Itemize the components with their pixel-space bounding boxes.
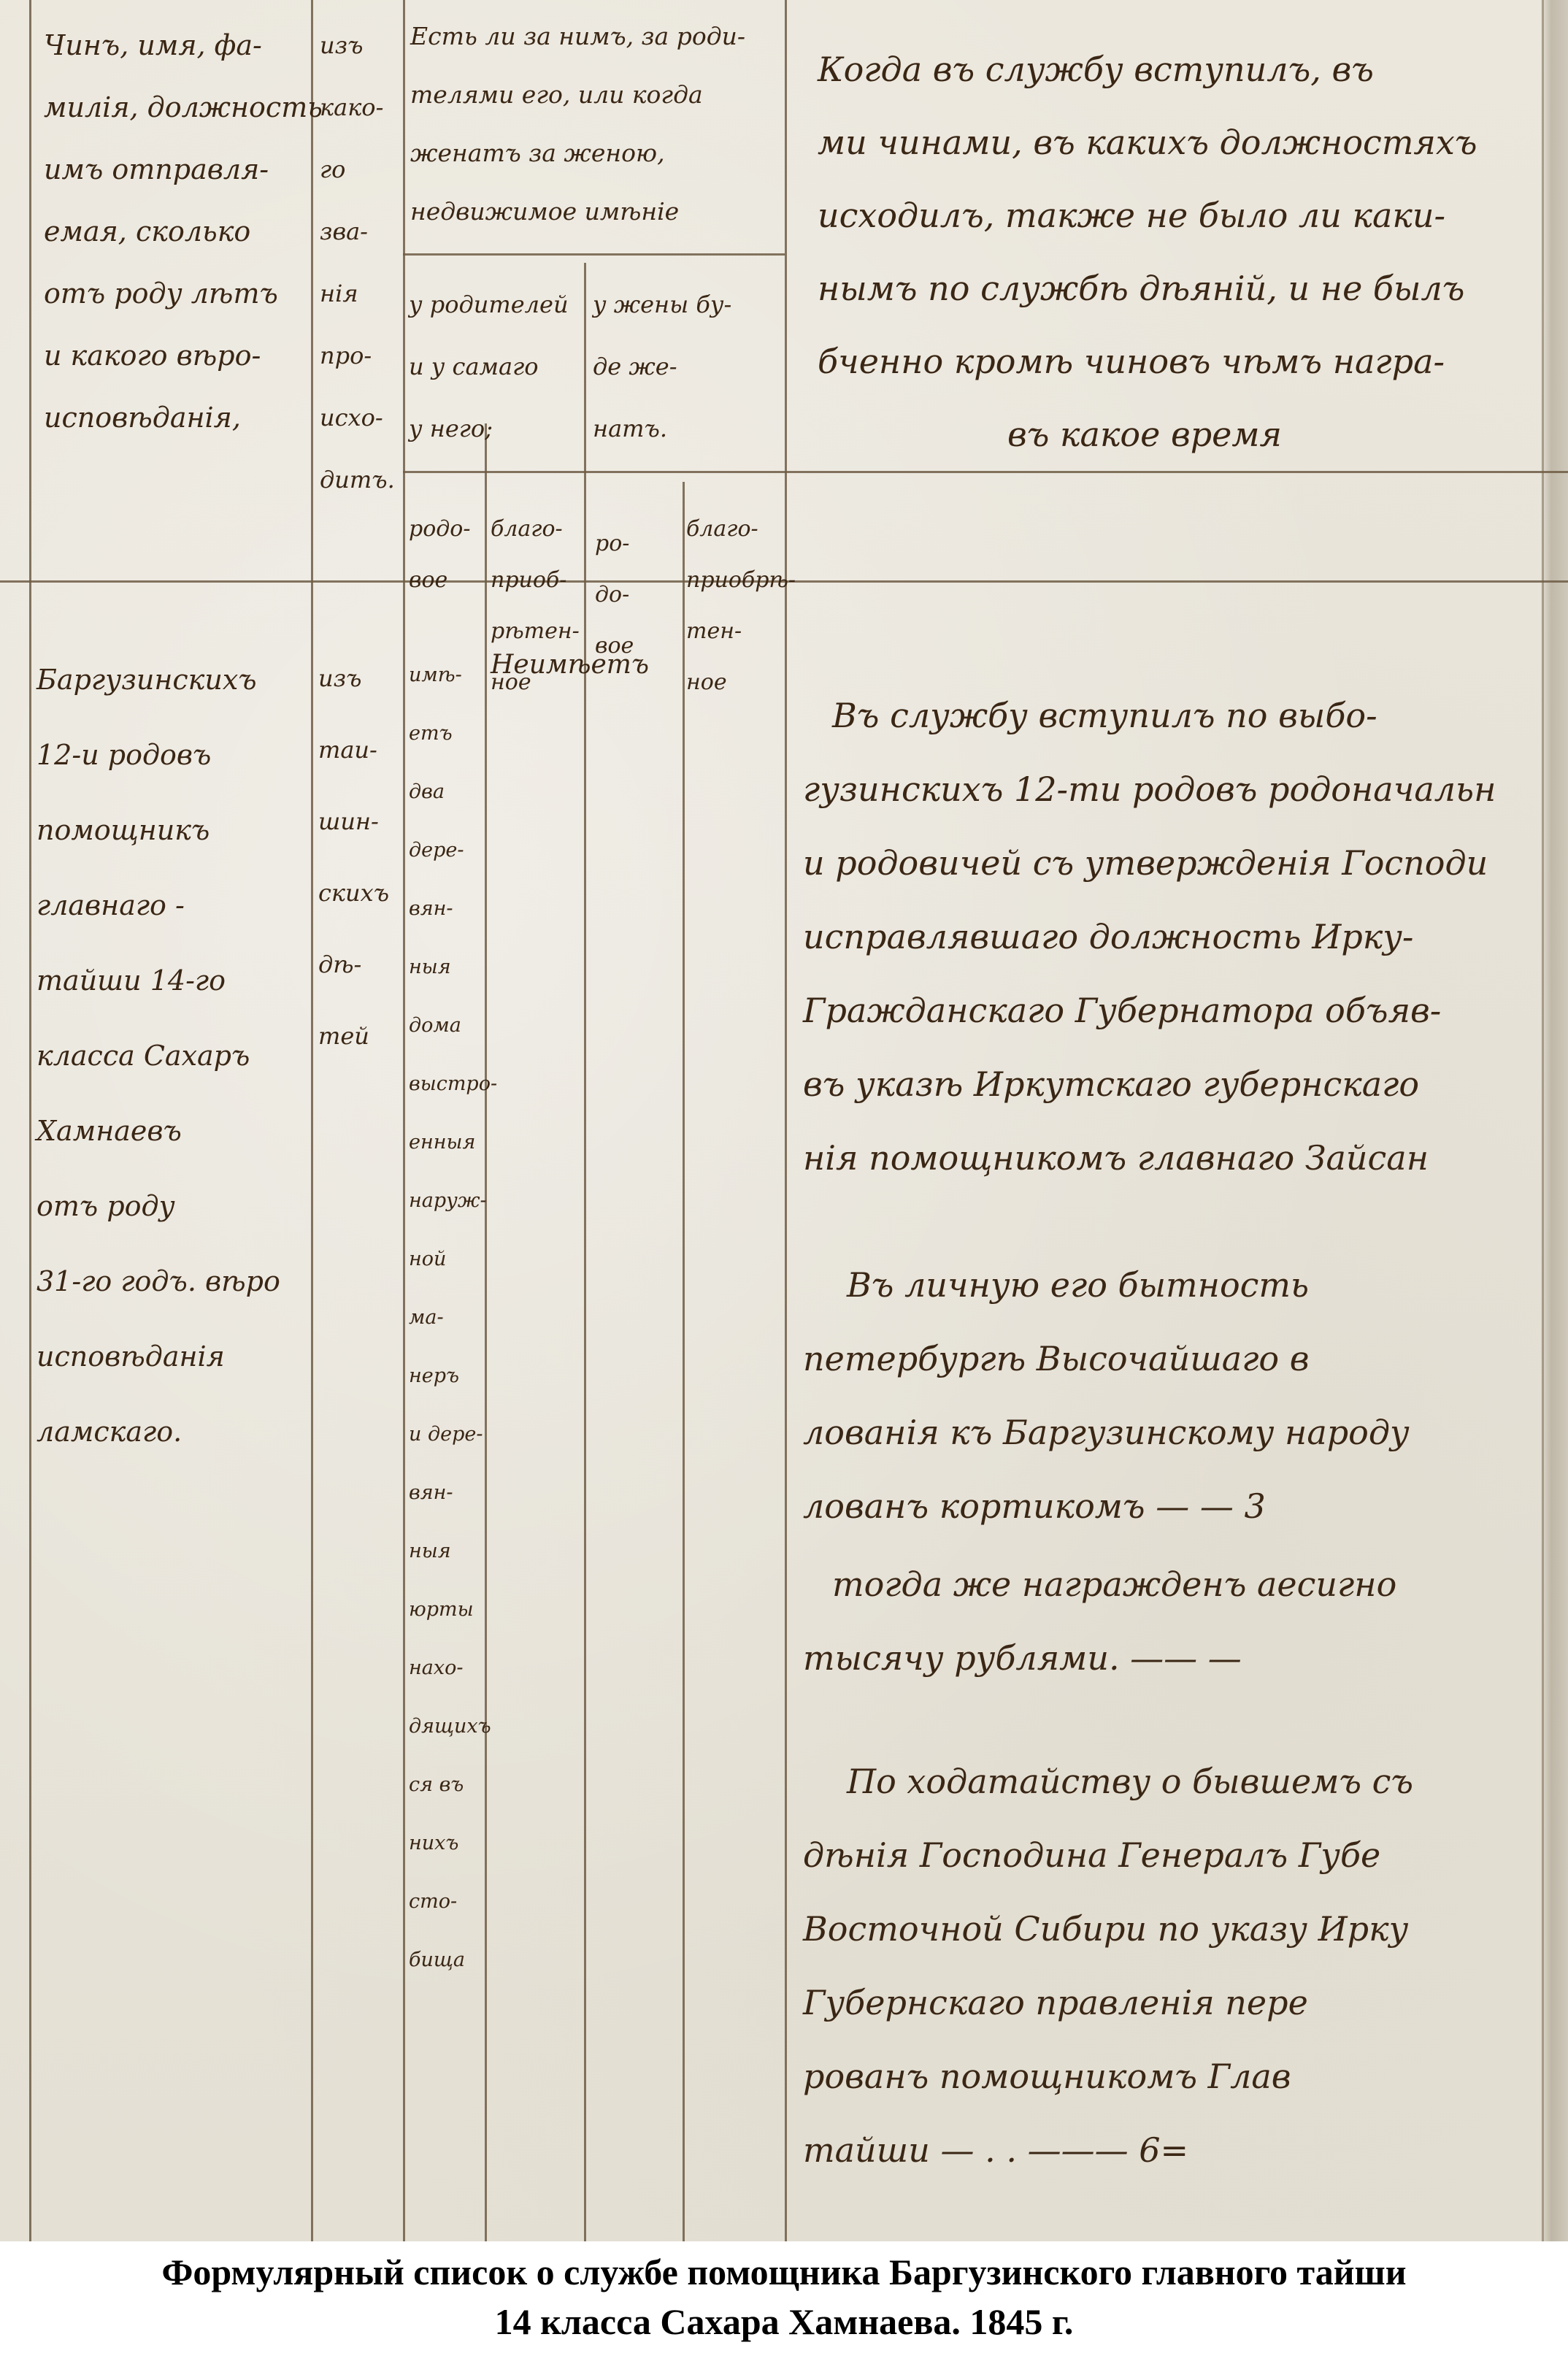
header-text-line: у родителей (409, 274, 569, 336)
entry-text-line: изъ (318, 642, 389, 714)
entry-text-line: ныя (409, 1522, 497, 1581)
header-text-line: Когда въ службу вступилъ, въ (818, 33, 1477, 106)
entry-text-line: дящихъ (409, 1697, 497, 1756)
entry-text-line: гузинскихъ 12-ти родовъ родоначальн (803, 753, 1496, 826)
entry-text-line: имѣ- (409, 646, 497, 705)
header-text-line: Чинъ, имя, фа- (44, 15, 323, 77)
entry-text-line: класса Сахаръ (36, 1018, 280, 1094)
entry-text-line: етъ (409, 705, 497, 763)
header-text-line: го (320, 139, 395, 201)
entry-text-line: Неимѣетъ (491, 650, 649, 680)
page-edge-shadow (1540, 0, 1568, 2241)
entry-text-line: 12-и родовъ (36, 718, 280, 793)
header-text-line: бченно кромѣ чиновъ чѣмъ награ- (818, 325, 1477, 398)
header-text-line: приоб- (491, 555, 580, 606)
entry-service-paragraph-2: Въ личную его бытность петербургѣ Высоча… (803, 1248, 1410, 1543)
header-text-line: ное (686, 657, 796, 708)
entry-text-line: дѣнія Господина Генералъ Губе (803, 1819, 1413, 1892)
header-text-line: благо- (491, 504, 580, 555)
entry-service-paragraph-4: По ходатайству о бывшемъ съ дѣнія Господ… (803, 1745, 1413, 2187)
header-text-line: телями его, или когда (410, 66, 745, 124)
header-text-line: вое (409, 555, 470, 606)
entry-text-line: ныя (409, 938, 497, 997)
header-text-line: и какого вѣро- (44, 325, 323, 387)
header-text-line: недвижимое имѣніе (410, 183, 745, 241)
entry-text-line: тайши 14-го (36, 943, 280, 1018)
header-text-line: исхо- (320, 387, 395, 449)
entry-text-line: Хамнаевъ (36, 1094, 280, 1169)
entry-text-line: По ходатайству о бывшемъ съ (803, 1745, 1413, 1819)
document-scan: Чинъ, имя, фа- милія, должность имъ отпр… (0, 0, 1568, 2241)
header-kind-acquired-wife: благо- приобрѣ- тен- ное (686, 504, 796, 708)
header-text-line: исповѣданія, (44, 387, 323, 449)
entry-text-line: главнаго - (36, 868, 280, 943)
header-text-line: у него; (409, 398, 569, 460)
header-estate-title: Есть ли за нимъ, за роди- телями его, ил… (410, 7, 745, 241)
header-text-line: тен- (686, 606, 796, 657)
header-text-line: милія, должность (44, 77, 323, 139)
header-text-line: женатъ за женою, (410, 124, 745, 183)
caption-line-2: 14 класса Сахара Хамнаева. 1845 г. (0, 2297, 1568, 2346)
entry-text-line: шин- (318, 786, 389, 857)
column-rule (1542, 0, 1544, 2241)
entry-text-line: два (409, 763, 497, 821)
entry-text-line: 31-го годъ. вѣро (36, 1244, 280, 1319)
header-text-line: нія (320, 263, 395, 325)
header-text-line: де жe- (593, 336, 731, 398)
header-text-line: натъ. (593, 398, 731, 460)
entry-text-line: ма- (409, 1289, 497, 1347)
entry-estate-value: Неимѣетъ (491, 650, 649, 680)
entry-text-line: помощникъ (36, 793, 280, 868)
header-text-line: нымъ по службѣ дѣяній, и не былъ (818, 252, 1477, 325)
entry-text-line: ной (409, 1230, 497, 1289)
header-text-line: како- (320, 77, 395, 139)
entry-text-line: вян- (409, 1464, 497, 1522)
entry-text-line: тысячу рублями. —— — (803, 1622, 1396, 1695)
entry-text-line: сто- (409, 1873, 497, 1931)
header-origin-column: изъ како- го зва- нія про- исхо- дитъ. (320, 15, 395, 511)
entry-service-paragraph-3: тогда же награжденъ аесигно тысячу рубля… (803, 1548, 1396, 1695)
column-rule (584, 263, 586, 2241)
header-text-line: родо- (409, 504, 470, 555)
header-text-line: ро- (595, 518, 634, 569)
header-service-column: Когда въ службу вступилъ, въ ми чинами, … (818, 33, 1477, 471)
caption-line-1: Формулярный список о службе помощника Ба… (0, 2247, 1568, 2297)
entry-text-line: скихъ (318, 857, 389, 929)
entry-text-line: Гражданскаго Губернатора объяв- (803, 974, 1496, 1048)
header-text-line: отъ роду лѣтъ (44, 263, 323, 325)
entry-text-line: Губернскаго правленія пере (803, 1966, 1413, 2040)
entry-text-line: ся въ (409, 1756, 497, 1814)
entry-text-line: Баргузинскихъ (36, 642, 280, 718)
entry-text-line: лованія къ Баргузинскому народу (803, 1396, 1410, 1470)
entry-text-line: бища (409, 1931, 497, 1989)
entry-text-line: Въ личную его бытность (803, 1248, 1410, 1322)
header-estate-self: у родителей и у самаго у него; (409, 274, 569, 460)
header-text-line: емая, сколько (44, 201, 323, 263)
header-kind-ancestral-self: родо- вое (409, 504, 470, 606)
entry-name-column: Баргузинскихъ 12-и родовъ помощникъ глав… (36, 642, 280, 1470)
entry-text-line: петербургѣ Высочайшаго в (803, 1322, 1410, 1396)
header-text-line: исходилъ, также не было ли каки- (818, 179, 1477, 252)
entry-text-line: рованъ помощникомъ Глав (803, 2040, 1413, 2114)
header-text-line: приобрѣ- (686, 555, 796, 606)
header-name-column: Чинъ, имя, фа- милія, должность имъ отпр… (44, 15, 323, 449)
entry-origin-column: изъ таи- шин- скихъ дѣ- тей (318, 642, 389, 1072)
entry-text-line: и родовичей съ утвержденія Господи (803, 826, 1496, 900)
entry-text-line: дере- (409, 821, 497, 880)
header-text-line: Есть ли за нимъ, за роди- (410, 7, 745, 66)
header-text-line: благо- (686, 504, 796, 555)
column-rule (403, 0, 405, 2241)
column-rule (785, 0, 787, 2241)
header-text-line: у жены бу- (593, 274, 731, 336)
entry-text-line: наруж- (409, 1172, 497, 1230)
entry-text-line: юрты (409, 1581, 497, 1639)
entry-text-line: и дере- (409, 1405, 497, 1464)
entry-text-line: ламскаго. (36, 1394, 280, 1470)
row-rule (403, 253, 785, 256)
row-rule (403, 471, 1568, 473)
entry-text-line: вян- (409, 880, 497, 938)
header-text-line: и у самаго (409, 336, 569, 398)
entry-text-line: нахо- (409, 1639, 497, 1697)
header-text-line: въ какое время (818, 398, 1477, 471)
entry-service-paragraph-1: Въ службу вступилъ по выбо- гузинскихъ 1… (803, 679, 1496, 1195)
header-text-line: дитъ. (320, 449, 395, 511)
entry-text-line: тей (318, 1000, 389, 1072)
entry-text-line: тогда же награжденъ аесигно (803, 1548, 1396, 1622)
entry-text-line: лованъ кортикомъ — — 3 (803, 1470, 1410, 1543)
entry-text-line: неръ (409, 1347, 497, 1405)
header-text-line: про- (320, 325, 395, 387)
entry-text-line: исправлявшаго должность Ирку- (803, 900, 1496, 974)
entry-text-line: выстро- (409, 1055, 497, 1113)
header-text-line: имъ отправля- (44, 139, 323, 201)
entry-text-line: дома (409, 997, 497, 1055)
entry-text-line: нихъ (409, 1814, 497, 1873)
entry-text-line: енныя (409, 1113, 497, 1172)
entry-text-line: въ указѣ Иркутскаго губернскаго (803, 1048, 1496, 1121)
column-rule (29, 0, 31, 2241)
header-kind-ancestral-wife: ро- до- вое (595, 518, 634, 672)
image-caption: Формулярный список о службе помощника Ба… (0, 2247, 1568, 2346)
header-estate-wife: у жены бу- де жe- натъ. (593, 274, 731, 460)
entry-estate-column: имѣ- етъ два дере- вян- ныя дома выстро-… (409, 646, 497, 1989)
entry-text-line: тайши — . . ——— 6= (803, 2114, 1413, 2187)
entry-text-line: Въ службу вступилъ по выбо- (803, 679, 1496, 753)
entry-text-line: таи- (318, 714, 389, 786)
header-text-line: зва- (320, 201, 395, 263)
header-text-line: ми чинами, въ какихъ должностяхъ (818, 106, 1477, 179)
header-text-line: изъ (320, 15, 395, 77)
entry-text-line: исповѣданія (36, 1319, 280, 1394)
column-rule (683, 482, 685, 2241)
entry-text-line: нія помощникомъ главнаго Зайсан (803, 1121, 1496, 1195)
entry-text-line: Восточной Сибири по указу Ирку (803, 1892, 1413, 1966)
entry-text-line: отъ роду (36, 1169, 280, 1244)
entry-text-line: дѣ- (318, 929, 389, 1000)
header-text-line: до- (595, 569, 634, 621)
